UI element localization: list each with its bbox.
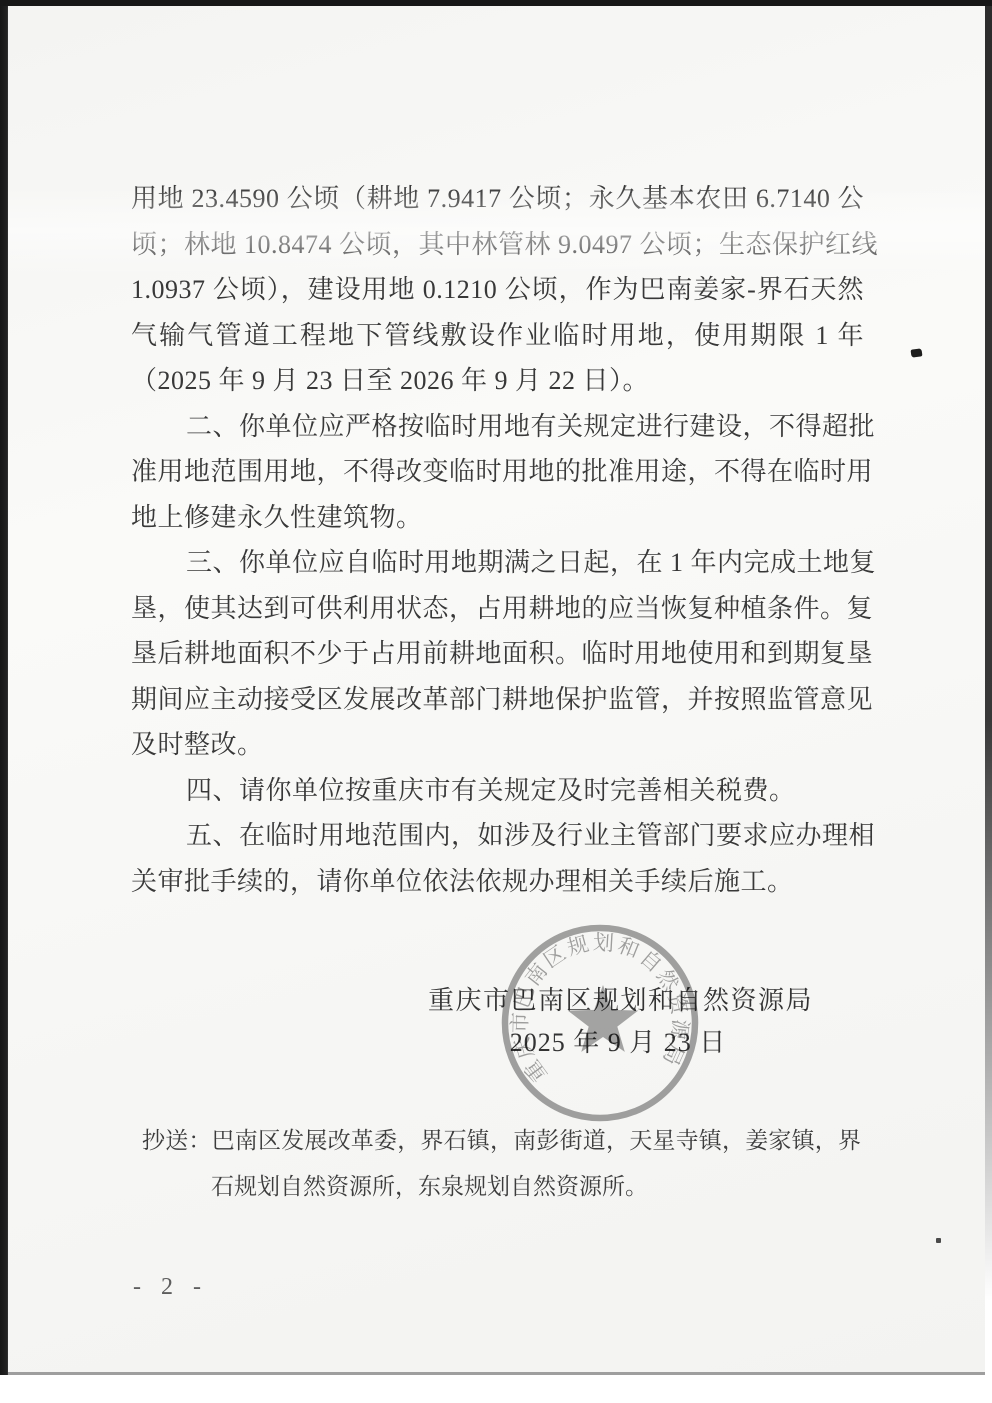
paper-sheet: 用地 23.4590 公顷（耕地 7.9417 公顷；永久基本农田 6.7140… [8,6,985,1375]
body-line: 顷；林地 10.8474 公顷，其中林管林 9.0497 公顷；生态保护红线 [131,222,864,268]
body-line: 五、在临时用地范围内，如涉及行业主管部门要求应办理相 [131,813,864,859]
body-line: 期间应主动接受区发展改革部门耕地保护监管，并按照监管意见 [131,677,864,723]
body-line: 及时整改。 [131,722,864,768]
body-line: 二、你单位应严格按临时用地有关规定进行建设，不得超批 [131,404,864,450]
scan-edge-right [984,6,992,1301]
body-line: 三、你单位应自临时用地期满之日起，在 1 年内完成土地复 [131,540,864,586]
ink-blot [936,1238,941,1243]
seal-star-icon [568,985,638,1052]
body-line: 准用地范围用地，不得改变临时用地的批准用途，不得在临时用 [131,449,864,495]
body-line: 地上修建永久性建筑物。 [131,495,864,541]
ink-blot [910,348,922,357]
body-line: 气输气管道工程地下管线敷设作业临时用地，使用期限 1 年 [131,313,864,359]
page-number: - 2 - [133,1274,208,1301]
cc-section: 抄送：巴南区发展改革委，界石镇，南彭街道，天星寺镇，姜家镇，界石规划自然资源所，… [142,1118,861,1210]
official-seal: 重庆市巴南区规划和自然资源局 [497,916,709,1128]
body-line: （2025 年 9 月 23 日至 2026 年 9 月 22 日）。 [131,358,864,404]
cc-line: 石规划自然资源所，东泉规划自然资源所。 [142,1164,861,1210]
body-line: 用地 23.4590 公顷（耕地 7.9417 公顷；永久基本农田 6.7140… [131,176,864,222]
body-text: 用地 23.4590 公顷（耕地 7.9417 公顷；永久基本农田 6.7140… [131,176,864,904]
cc-line: 抄送：巴南区发展改革委，界石镇，南彭街道，天星寺镇，姜家镇，界 [142,1118,861,1164]
body-line: 四、请你单位按重庆市有关规定及时完善相关税费。 [131,768,864,814]
body-line: 垦，使其达到可供利用状态，占用耕地的应当恢复种植条件。复 [131,586,864,632]
body-line: 关审批手续的，请你单位依法依规办理相关手续后施工。 [131,859,864,905]
body-line: 1.0937 公顷），建设用地 0.1210 公顷，作为巴南姜家-界石天然 [131,267,864,313]
body-line: 垦后耕地面积不少于占用前耕地面积。临时用地使用和到期复垦 [131,631,864,677]
scanned-document-page: { "colors": { "ink": "#383838", "seal_gr… [0,0,992,1403]
